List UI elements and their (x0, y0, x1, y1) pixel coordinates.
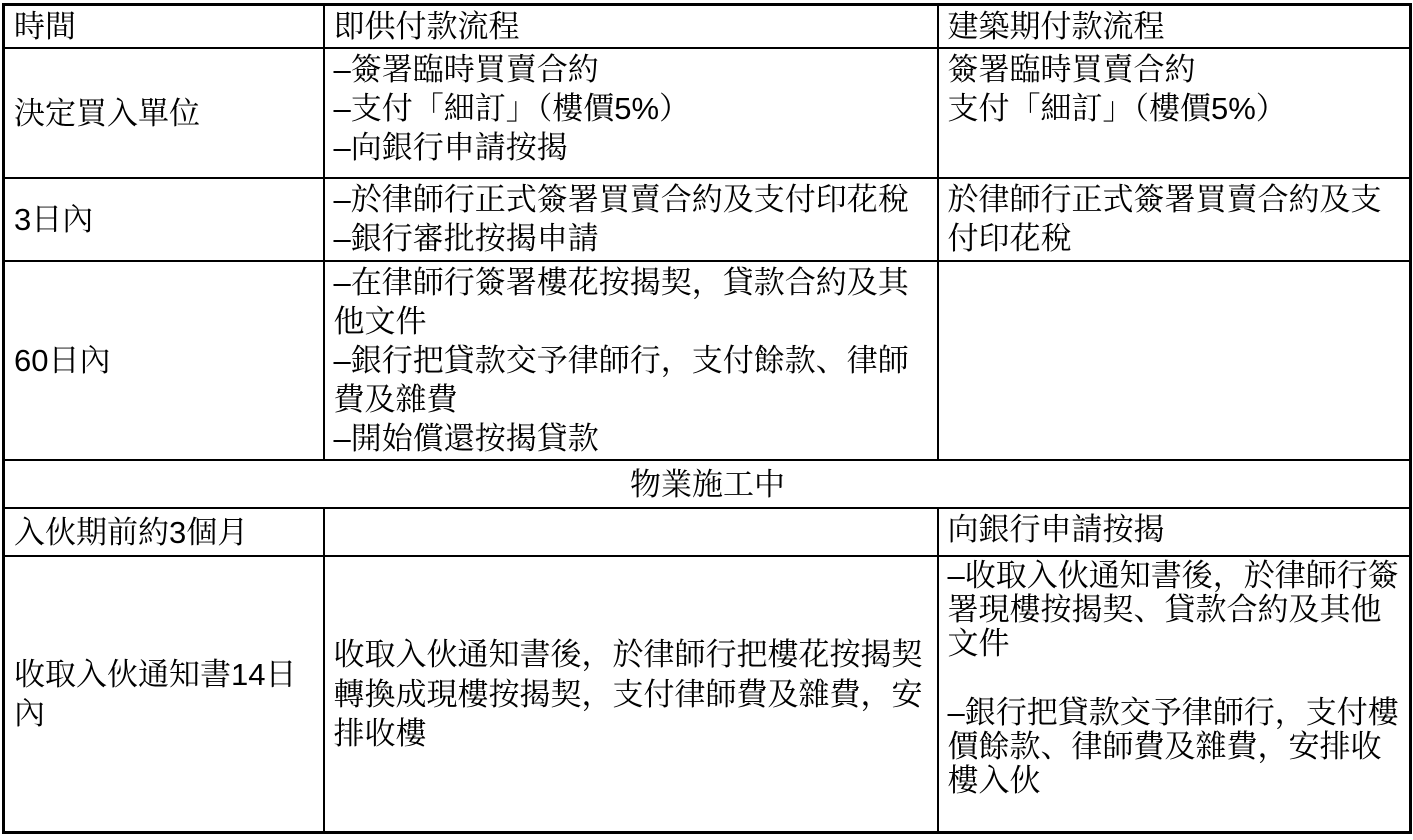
construction-flow-cell: 於律師行正式簽署買賣合約及支付印花稅 (938, 178, 1411, 261)
immediate-flow-cell: –於律師行正式簽署買賣合約及支付印花稅 –銀行審批按揭申請 (324, 178, 938, 261)
construction-in-progress-banner: 物業施工中 (4, 460, 1411, 508)
header-cell-construction-flow: 建築期付款流程 (938, 5, 1411, 49)
row-decide-purchase: 決定買入單位 –簽署臨時買賣合約 –支付「細訂」（樓價5%） –向銀行申請按揭 … (4, 48, 1411, 178)
time-cell: 入伙期前約3個月 (4, 508, 324, 556)
construction-flow-cell: 向銀行申請按揭 (938, 508, 1411, 556)
time-cell: 60日內 (4, 261, 324, 460)
row-3-months-before-occupation: 入伙期前約3個月 向銀行申請按揭 (4, 508, 1411, 556)
payment-comparison-table: 時間 即供付款流程 建築期付款流程 決定買入單位 –簽署臨時買賣合約 –支付「細… (2, 3, 1412, 834)
time-cell: 決定買入單位 (4, 48, 324, 178)
immediate-flow-cell: 收取入伙通知書後，於律師行把樓花按揭契轉換成現樓按揭契，支付律師費及雜費，安排收… (324, 556, 938, 832)
row-within-60-days: 60日內 –在律師行簽署樓花按揭契，貸款合約及其他文件 –銀行把貸款交予律師行，… (4, 261, 1411, 460)
header-cell-time: 時間 (4, 5, 324, 49)
row-construction-in-progress: 物業施工中 (4, 460, 1411, 508)
immediate-flow-cell: –在律師行簽署樓花按揭契，貸款合約及其他文件 –銀行把貸款交予律師行，支付餘款、… (324, 261, 938, 460)
immediate-flow-cell (324, 508, 938, 556)
construction-flow-cell: 簽署臨時買賣合約 支付「細訂」（樓價5%） (938, 48, 1411, 178)
construction-flow-cell (938, 261, 1411, 460)
immediate-flow-cell: –簽署臨時買賣合約 –支付「細訂」（樓價5%） –向銀行申請按揭 (324, 48, 938, 178)
row-within-3-days: 3日內 –於律師行正式簽署買賣合約及支付印花稅 –銀行審批按揭申請 於律師行正式… (4, 178, 1411, 261)
time-cell: 3日內 (4, 178, 324, 261)
row-within-14-days-of-occupation-notice: 收取入伙通知書14日內 收取入伙通知書後，於律師行把樓花按揭契轉換成現樓按揭契，… (4, 556, 1411, 832)
table-header-row: 時間 即供付款流程 建築期付款流程 (4, 5, 1411, 49)
header-cell-immediate-flow: 即供付款流程 (324, 5, 938, 49)
time-cell: 收取入伙通知書14日內 (4, 556, 324, 832)
construction-flow-cell: –收取入伙通知書後，於律師行簽署現樓按揭契、貸款合約及其他文件 –銀行把貸款交予… (938, 556, 1411, 832)
